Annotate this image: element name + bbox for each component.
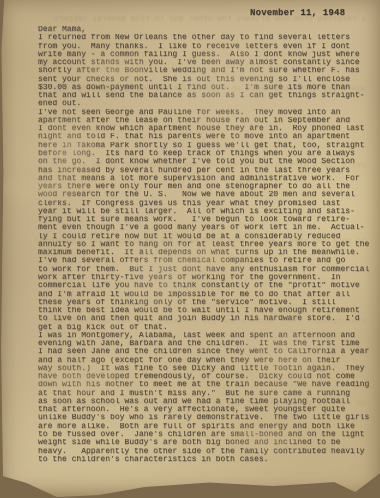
- letter-line: annuity so I want to hang on for at leas…: [38, 241, 376, 249]
- letter-line: unlike Buddy's boy who is rarely demonst…: [38, 414, 376, 422]
- letter-line: fying but it sure means work. I've begun…: [38, 216, 376, 224]
- letter-line: to the children's characteristics in bot…: [38, 456, 376, 464]
- letter-line: apartment after the lease on their house…: [38, 117, 376, 125]
- letter-line: ment even though I've a good many years …: [38, 224, 376, 232]
- letter-line: think the best idea would be to wait unt…: [38, 307, 376, 315]
- letter-date: November 11, 1948: [250, 8, 345, 18]
- letter-line: and a half ago (except for one day when …: [38, 357, 376, 365]
- letter-line: have both developed tremendously, of cou…: [38, 373, 376, 381]
- letter-line: heavy. Apparently the other side of the …: [38, 448, 376, 456]
- letter-line: and that means a lot more supervision an…: [38, 175, 376, 183]
- letter-line: are more alike. Both are full of spirits…: [38, 423, 376, 431]
- letter-line: from you. Many thanks. I like to receive…: [38, 43, 376, 51]
- letter-line: work after thirty-five years of working …: [38, 274, 376, 282]
- letter-line: to be fussed over. Jane's children are s…: [38, 431, 376, 439]
- letter-line: years there were only four men and one s…: [38, 183, 376, 191]
- letter-line: year it will be still larger. All of whi…: [38, 208, 376, 216]
- letter-line: sent your checks or not. She is out this…: [38, 76, 376, 84]
- letter-line: ly I could retire now but it would be at…: [38, 233, 376, 241]
- letter-line: I returned from New Orleans the other da…: [38, 34, 376, 42]
- letter-line: write many - a common failing I guess. A…: [38, 51, 376, 59]
- letter-line: that and will send the balance as soon a…: [38, 92, 376, 100]
- letter-line: way south.) It was fine to see Dicky and…: [38, 365, 376, 373]
- letter-line: ened out.: [38, 100, 376, 108]
- letter-line: clerks. If Congress gives us this year w…: [38, 200, 376, 208]
- letter-line: get a big kick out of that.: [38, 324, 376, 332]
- letter-line: night and told F. that his parents were …: [38, 133, 376, 141]
- letter-body: Dear Mama, I returned from New Orleans t…: [38, 26, 376, 464]
- letter-line: I had seen Jane and the children since t…: [38, 348, 376, 356]
- letter-line: weight side while Buddy's are both big b…: [38, 439, 376, 447]
- letter-lines: I returned from New Orleans the other da…: [38, 34, 376, 464]
- letter-line: has increased by several hundred per cen…: [38, 167, 376, 175]
- letter-line: to live on and then quit and join Buddy …: [38, 315, 376, 323]
- letter-line: to work for them. But I just dont have a…: [38, 266, 376, 274]
- letter-line: as soon as school was out and we had a f…: [38, 398, 376, 406]
- letter-line: at that hour and I mustn't miss any." Bu…: [38, 390, 376, 398]
- letter-line: and I'm afraid it would be impossible fo…: [38, 291, 376, 299]
- letter-line: evening with Jane, Barbara and the child…: [38, 340, 376, 348]
- letter-line: here in Takoma Park shortly so I guess w…: [38, 142, 376, 150]
- letter-line: I've not seen George and Pauline for wee…: [38, 109, 376, 117]
- letter-line: on the go. I dont know whether I've told…: [38, 158, 376, 166]
- letter-line: my account stands with you. I've been aw…: [38, 59, 376, 67]
- letter-line: before long. Its hard to keep track of t…: [38, 150, 376, 158]
- letter-line: I've had several offers from chemical co…: [38, 257, 376, 265]
- letter-line: I was in Montgomery, Alabama, last week …: [38, 332, 376, 340]
- letter-line: that afternoon. He's a very affectionate…: [38, 406, 376, 414]
- letter-line: commercial life you have to think consta…: [38, 282, 376, 290]
- photo-background: I returned from New Orleans the other da…: [0, 0, 380, 498]
- letter-line: down with his mother to meet me at the t…: [38, 381, 376, 389]
- letter-line: these years of thinking only of the "ser…: [38, 299, 376, 307]
- letter-line: shortly after the Boonville wedding and …: [38, 67, 376, 75]
- letter-page: I returned from New Orleans the other da…: [0, 0, 380, 498]
- letter-line: $30.00 as down-payment until I find out.…: [38, 84, 376, 92]
- salutation: Dear Mama,: [38, 26, 376, 34]
- letter-line: I dont even know which apartment house t…: [38, 125, 376, 133]
- letter-line: wood research for the U. S. Now we have …: [38, 191, 376, 199]
- letter-line: maximum benefit. It all depends on what …: [38, 249, 376, 257]
